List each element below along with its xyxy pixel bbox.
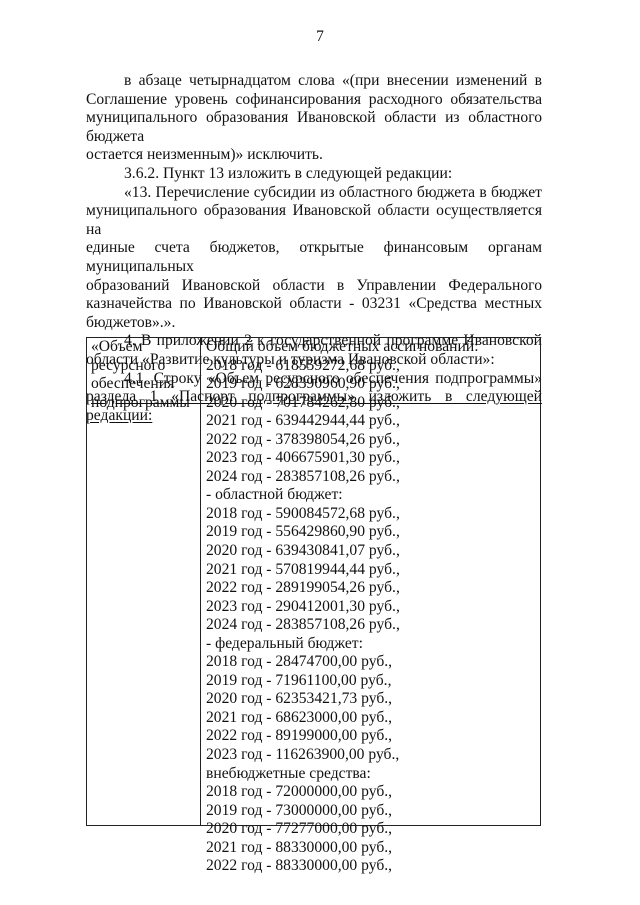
regional-row: 2020 год - 639430841,07 руб., — [206, 542, 540, 561]
total-row: 2018 год - 618559272,68 руб., — [206, 357, 540, 376]
paragraph-line: казначейства по Ивановской области - 032… — [86, 295, 542, 314]
total-row: 2019 год - 628390960,90 руб., — [206, 375, 540, 394]
table-value-cell: Общий объем бюджетных ассигнований: 2018… — [201, 338, 540, 825]
regional-row: 2019 год - 556429860,90 руб., — [206, 523, 540, 542]
paragraph-line: бюджетов».». — [86, 314, 542, 333]
label-line: обеспечения — [91, 375, 200, 394]
total-row: 2021 год - 639442944,44 руб., — [206, 412, 540, 431]
federal-row: 2022 год - 89199000,00 руб., — [206, 727, 540, 746]
label-line: подпрограммы — [91, 394, 200, 413]
paragraph-line: 3.6.2. Пункт 13 изложить в следующей ред… — [86, 165, 542, 184]
paragraph-line: единые счета бюджетов, открытые финансов… — [86, 239, 542, 276]
federal-row: 2021 год - 68623000,00 руб., — [206, 709, 540, 728]
paragraph-line: Соглашение уровень софинансирования расх… — [86, 91, 542, 110]
paragraph-line: «13. Перечисление субсидии из областного… — [86, 184, 542, 203]
total-heading: Общий объем бюджетных ассигнований: — [206, 338, 540, 357]
regional-row: 2024 год - 283857108,26 руб., — [206, 616, 540, 635]
extrabudgetary-row: 2019 год - 73000000,00 руб., — [206, 802, 540, 821]
paragraph-line: муниципального образования Ивановской об… — [86, 109, 542, 146]
resource-table: «Объем ресурсного обеспечения подпрограм… — [86, 337, 541, 826]
federal-row: 2023 год - 116263900,00 руб., — [206, 746, 540, 765]
total-row: 2023 год - 406675901,30 руб., — [206, 449, 540, 468]
extrabudgetary-row: 2021 год - 88330000,00 руб., — [206, 839, 540, 858]
page-number: 7 — [0, 28, 640, 46]
extrabudgetary-heading: внебюджетные средства: — [206, 765, 540, 784]
extrabudgetary-row: 2022 год - 88330000,00 руб., — [206, 857, 540, 876]
extrabudgetary-row: 2020 год - 77277000,00 руб., — [206, 820, 540, 839]
regional-heading: - областной бюджет: — [206, 486, 540, 505]
regional-row: 2022 год - 289199054,26 руб., — [206, 579, 540, 598]
total-row: 2020 год - 701784262,80 руб., — [206, 394, 540, 413]
federal-heading: - федеральный бюджет: — [206, 635, 540, 654]
federal-row: 2018 год - 28474700,00 руб., — [206, 653, 540, 672]
paragraph-line: муниципального образования Ивановской об… — [86, 202, 542, 239]
paragraph-line: в абзаце четырнадцатом слова «(при внесе… — [86, 72, 542, 91]
federal-row: 2019 год - 71961100,00 руб., — [206, 672, 540, 691]
paragraph-line: остается неизменным)» исключить. — [86, 146, 542, 165]
label-line: «Объем — [91, 338, 200, 357]
total-row: 2022 год - 378398054,26 руб., — [206, 431, 540, 450]
regional-row: 2021 год - 570819944,44 руб., — [206, 561, 540, 580]
federal-row: 2020 год - 62353421,73 руб., — [206, 690, 540, 709]
table-label-cell: «Объем ресурсного обеспечения подпрограм… — [87, 338, 201, 825]
label-line: ресурсного — [91, 357, 200, 376]
regional-row: 2023 год - 290412001,30 руб., — [206, 598, 540, 617]
total-row: 2024 год - 283857108,26 руб., — [206, 468, 540, 487]
paragraph-line: образований Ивановской области в Управле… — [86, 277, 542, 296]
extrabudgetary-row: 2018 год - 72000000,00 руб., — [206, 783, 540, 802]
regional-row: 2018 год - 590084572,68 руб., — [206, 505, 540, 524]
